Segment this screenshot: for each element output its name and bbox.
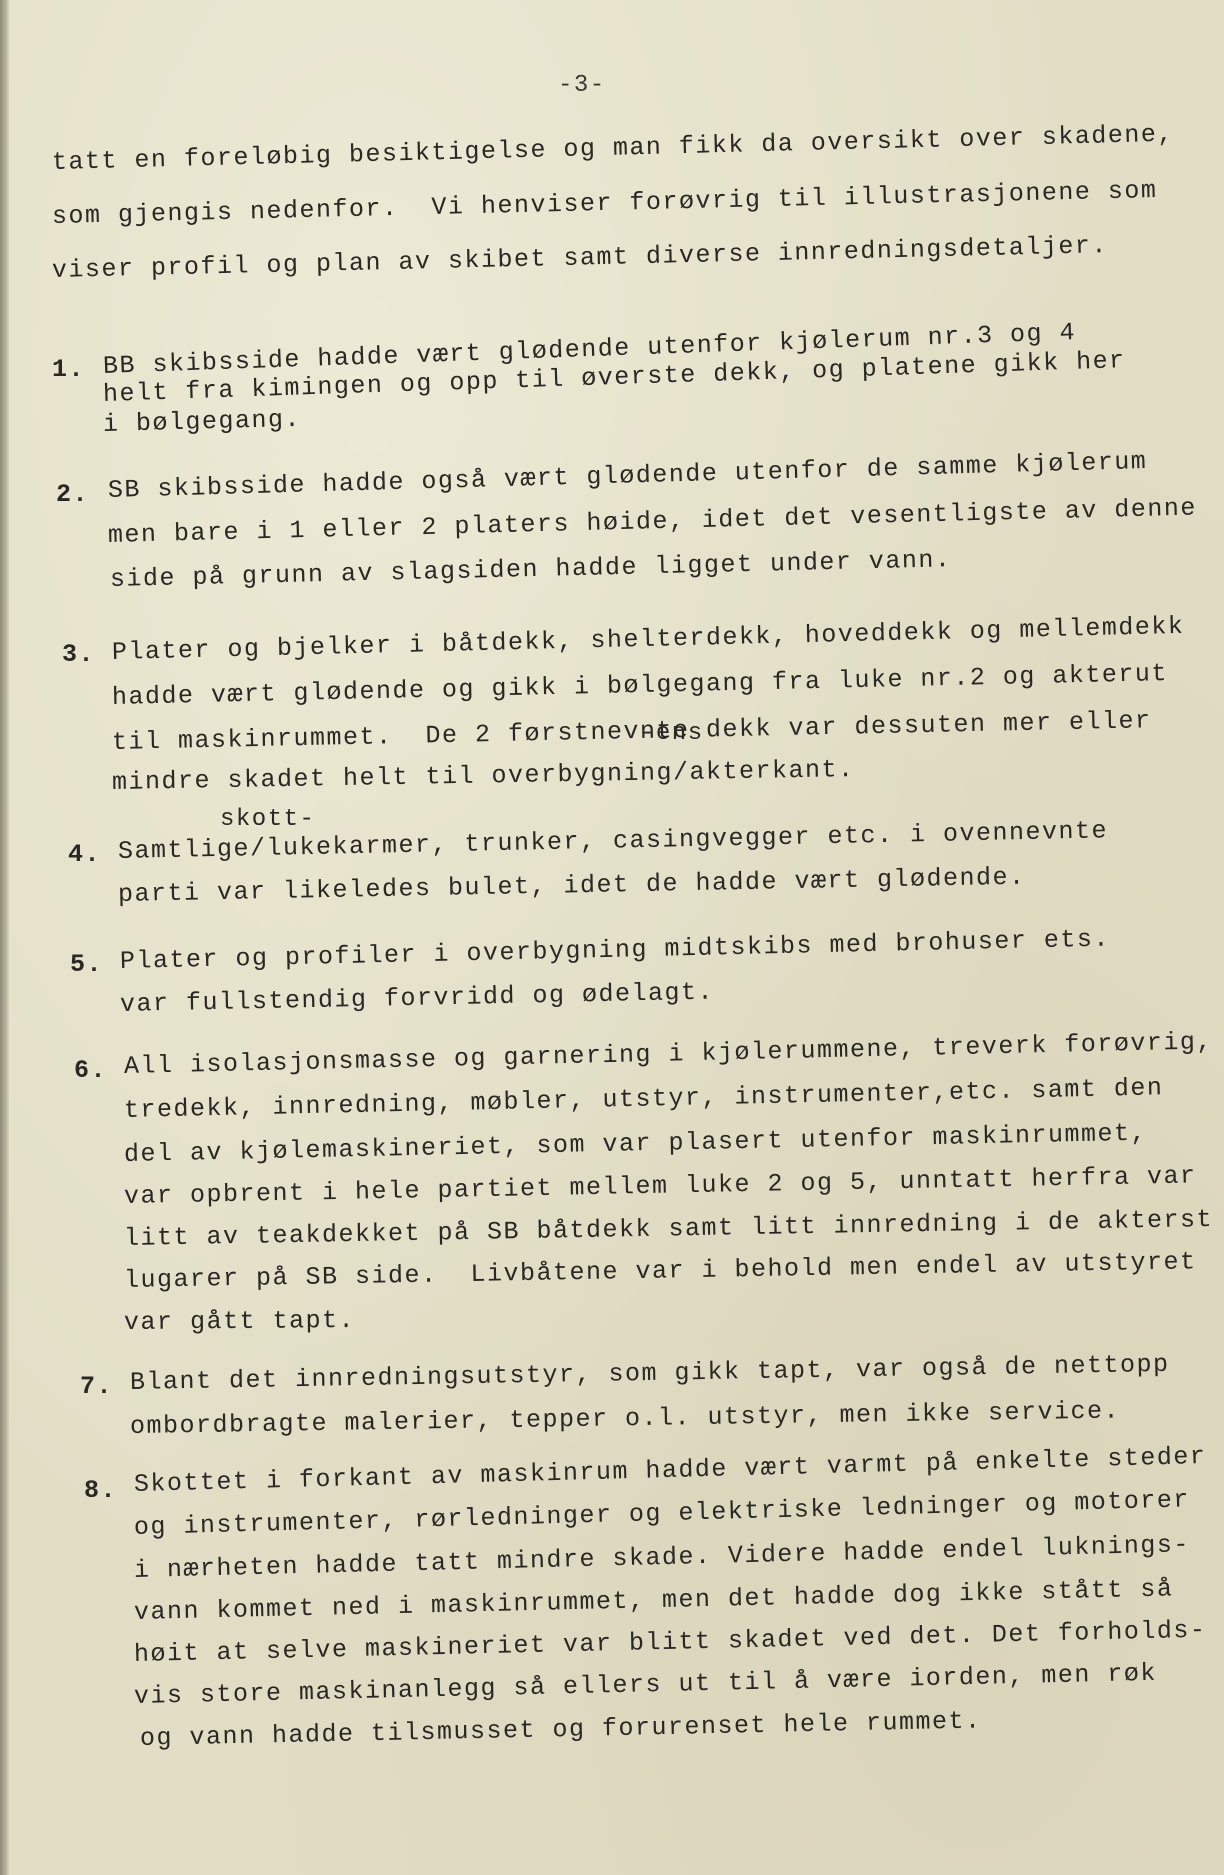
item-number: 2. [56, 480, 89, 509]
item-line: Plater og bjelker i båtdekk, shelterdekk… [112, 612, 1185, 667]
item-line: Plater og profiler i overbygning midtski… [120, 925, 1111, 976]
item-line: lugarer på SB side. Livbåtene var i beho… [124, 1247, 1197, 1295]
typewritten-document: -3- tatt en foreløbig besiktigelse og ma… [0, 0, 1224, 1875]
item-line: ombordbragte malerier, tepper o.l. utsty… [130, 1396, 1120, 1441]
item-line: del av kjølemaskineriet, som var plasert… [124, 1119, 1148, 1169]
item-line: og vann hadde tilsmusset og forurenset h… [140, 1706, 982, 1753]
item-number: 5. [70, 950, 103, 979]
item-line: var gått tapt. [124, 1306, 355, 1337]
item-number: 4. [68, 840, 101, 869]
item-number: 1. [52, 355, 85, 384]
item-line: litt av teakdekket på SB båtdekk samt li… [124, 1205, 1214, 1253]
handwritten-insertion: skott- [220, 806, 315, 833]
item-line: i bølgegang. [103, 405, 302, 439]
intro-line: som gjengis nedenfor. Vi henviser forøvr… [52, 176, 1158, 231]
item-line: side på grunn av slagsiden hadde ligget … [110, 545, 952, 594]
item-number: 8. [84, 1476, 117, 1505]
page-number: -3- [558, 72, 606, 99]
intro-line: viser profil og plan av skibet samt dive… [52, 231, 1109, 285]
item-number: 3. [62, 640, 95, 669]
item-line: var opbrent i hele partiet mellem luke 2… [124, 1161, 1197, 1211]
item-number: 6. [74, 1056, 107, 1085]
item-line: parti var likeledes bulet, idet de hadde… [118, 863, 1026, 909]
item-number: 7. [80, 1372, 113, 1401]
item-line: All isolasjonsmasse og garnering i kjøle… [124, 1027, 1214, 1081]
item-line: var fullstendig forvridd og ødelagt. [120, 978, 715, 1019]
item-line: mindre skadet helt til overbygning/akter… [112, 755, 855, 797]
handwritten-insertion: -ens [640, 720, 704, 747]
item-line: tredekk, innredning, møbler, utstyr, ins… [124, 1073, 1164, 1125]
item-line: SB skibsside hadde også vært glødende ut… [108, 447, 1148, 505]
intro-line: tatt en foreløbig besiktigelse og man fi… [52, 120, 1175, 177]
item-line: Blant det innredningsutstyr, som gikk ta… [130, 1350, 1170, 1397]
item-line: til maskinrummet. De 2 førstnevnte dekk … [112, 706, 1152, 757]
item-line: vis store maskinanlegg så ellers ut til … [134, 1659, 1158, 1711]
item-line: hadde vært glødende og gikk i bølgegang … [112, 659, 1169, 712]
item-line: men bare i 1 eller 2 platers høide, idet… [108, 493, 1198, 550]
